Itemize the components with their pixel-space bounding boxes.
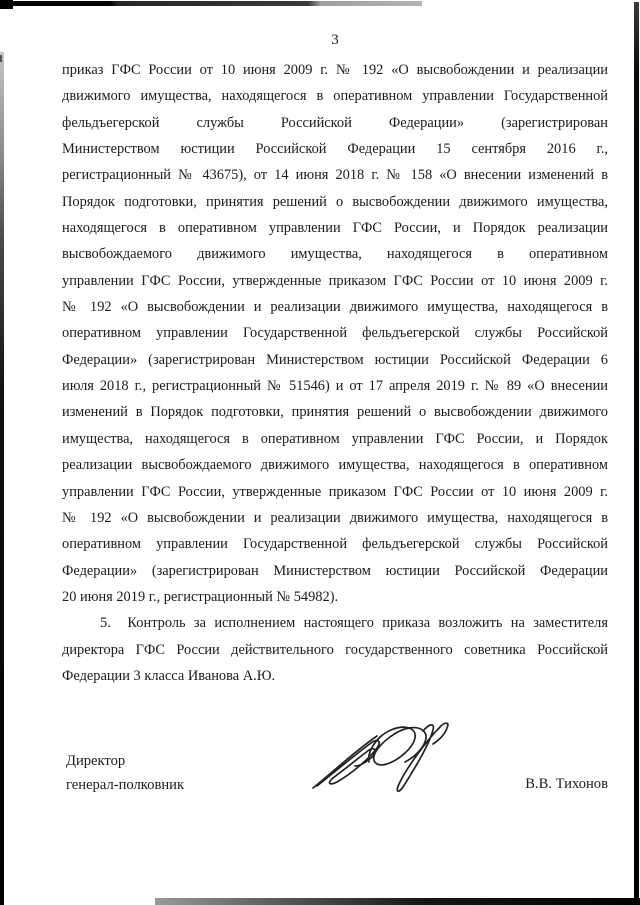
signatory-post-line1: Директор [66, 749, 184, 773]
body-text-line: высвобождаемого движимого имущества, нах… [62, 241, 608, 267]
scan-edge-right [634, 2, 639, 905]
document-page: 3 приказ ГФС России от 10 июня 2009 г. №… [0, 0, 640, 905]
body-text-line: имущества, находящегося в оперативном уп… [62, 426, 608, 452]
body-text-line: 20 июня 2019 г., регистрационный № 54982… [62, 584, 608, 610]
body-text-line: изменений в Порядок подготовки, принятия… [62, 399, 608, 425]
scan-edge-bottom [155, 898, 640, 905]
body-text: приказ ГФС России от 10 июня 2009 г. № 1… [62, 57, 608, 689]
body-text-line: находящегося в оперативном управлении ГФ… [62, 215, 608, 241]
body-text-line: оперативном управлении Государственной ф… [62, 531, 608, 557]
body-text-line: Федерации» (зарегистрирован Министерство… [62, 347, 608, 373]
body-text-line: № 192 «О высвобождении и реализации движ… [62, 294, 608, 320]
scan-edge-left [0, 52, 4, 905]
body-text-line: Порядок подготовки, принятия решений о в… [62, 189, 608, 215]
scan-edge-left-tick [0, 55, 2, 62]
body-text-line: управлении ГФС России, утвержденные прик… [62, 479, 608, 505]
body-text-line: движимого имущества, находящегося в опер… [62, 83, 608, 109]
signatory-name: В.В. Тихонов [62, 776, 608, 793]
body-text-line: Министерством юстиции Российской Федерац… [62, 136, 608, 162]
body-text-line: оперативном управлении Государственной ф… [62, 320, 608, 346]
scan-edge-top [0, 1, 422, 6]
body-text-line: регистрационный № 43675), от 14 июня 201… [62, 162, 608, 188]
body-text-line: фельдъегерской службы Российской Федерац… [62, 110, 608, 136]
body-text-line: Федерации» (зарегистрирован Министерство… [62, 558, 608, 584]
body-text-line: 5. Контроль за исполнением настоящего пр… [62, 610, 608, 636]
body-text-line: управлении ГФС России, утвержденные прик… [62, 268, 608, 294]
page-number: 3 [62, 32, 608, 49]
body-text-line: № 192 «О высвобождении и реализации движ… [62, 505, 608, 531]
body-text-line: приказ ГФС России от 10 июня 2009 г. № 1… [62, 57, 608, 83]
scan-edge-top-corner [0, 0, 13, 9]
body-text-line: Федерации 3 класса Иванова А.Ю. [62, 663, 608, 689]
body-text-line: реализации высвобождаемого движимого иму… [62, 452, 608, 478]
body-text-line: июля 2018 г., регистрационный № 51546) и… [62, 373, 608, 399]
body-text-line: директора ГФС России действительного гос… [62, 637, 608, 663]
